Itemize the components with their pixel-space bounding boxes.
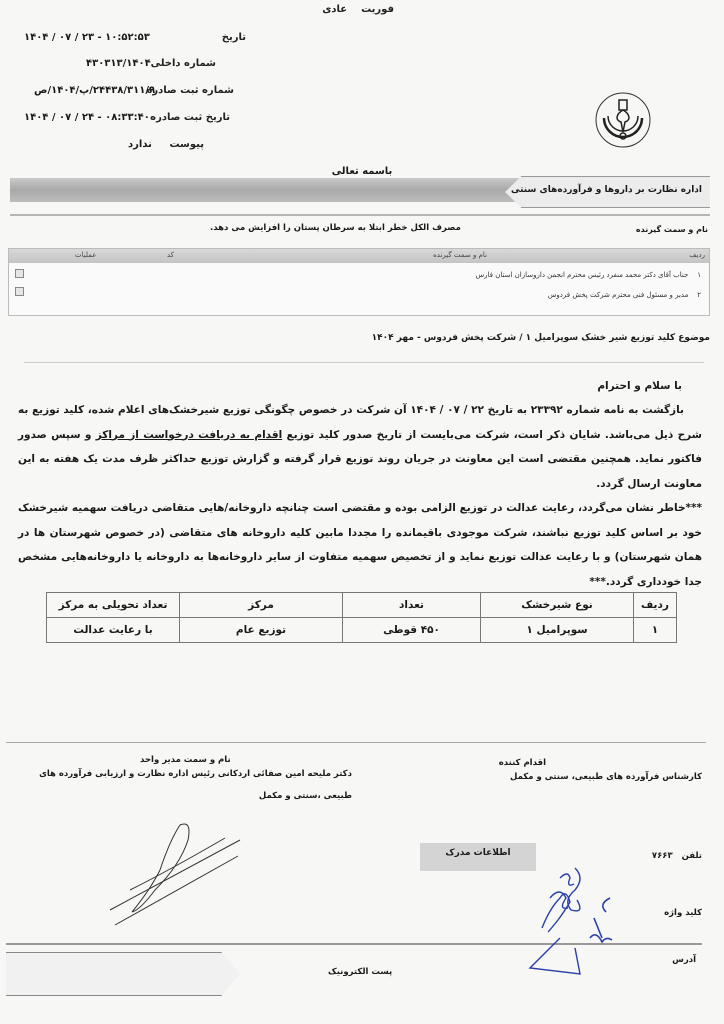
col-code: کد [167,251,174,259]
meta-label: شماره ثبت صادره [146,85,234,96]
department-banner: اداره نظارت بر داروها و فرآورده‌های سنتی [10,176,710,206]
col-ops: عملیات [75,251,96,259]
recipient-action-icon[interactable] [15,269,24,278]
meta-label: تاریخ ثبت صادره [150,112,230,123]
underlined-instruction: اقدام به دریافت درخواست از مراکز [96,429,283,441]
keyword-label: کلید واژه [664,908,702,918]
document-info-box: اطلاعات مدرک [420,843,536,871]
cell: ۴۵۰ قوطی [343,618,481,643]
email-label: پست الکترونیک [328,967,392,977]
divider [6,742,706,743]
recipient-row: ۲ مدیر و مسئول فنی محترم شرکت پخش فردوس [548,291,701,299]
recipient-name: مدیر و مسئول فنی محترم شرکت پخش فردوس [548,291,688,299]
meta-value-issued-date: ۱۴۰۴ / ۰۷ / ۲۴ - ۰۸:۳۳:۴۰ [24,112,150,123]
greeting: با سلام و احترام [597,380,682,392]
email-field-box [6,952,240,996]
distribution-table: ردیف نوع شیرخشک تعداد مرکز تعداد تحویلی … [46,592,677,643]
cell: توزیع عام [180,618,343,643]
meta-internal-number: شماره داخلی [151,58,216,69]
recipient-index: ۱ [697,271,701,279]
col-header: ردیف [634,593,677,618]
table-row: ۱ سوپرامیل ۱ ۴۵۰ قوطی توزیع عام با رعایت… [47,618,677,643]
recipients-table-header: ردیف نام و سمت گیرنده کد عملیات [9,249,709,263]
recipient-label: نام و سمت گیرنده [636,225,708,234]
university-logo [588,88,658,152]
meta-label: تاریخ [222,32,246,43]
meta-value-issued-number: ۲۴۴۳۸/۳۱۱/۹/پ/۱۴۰۴/ص [34,85,155,96]
recipient-action-icon[interactable] [15,287,24,296]
meta-attachment: پیوست [169,139,204,150]
cell: ۱ [634,618,677,643]
col-header: مرکز [180,593,343,618]
recipient-index: ۲ [697,291,701,299]
meta-value-internal-number: ۴۳۰۳۱۳/۱۴۰۴ [86,58,151,69]
actor-title: کارشناس فرآورده های طبیعی، سنتی و مکمل [510,766,702,788]
body-paragraph-2: ***خاطر نشان می‌گردد، رعایت عدالت در توز… [18,496,702,594]
meta-value-attachment: ندارد [128,139,152,150]
divider [24,362,704,363]
phone-label: تلفن [682,851,702,861]
meta-value: عادی [322,4,347,15]
cell: سوپرامیل ۱ [481,618,634,643]
body-paragraph-1: بازگشت به نامه شماره ۲۳۳۹۲ به تاریخ ۲۲ /… [18,398,702,496]
distribution-table-header: ردیف نوع شیرخشک تعداد مرکز تعداد تحویلی … [47,593,677,618]
col-header: تعداد تحویلی به مرکز [47,593,180,618]
address-label: آدرس [672,955,696,965]
recipient-name: جناب آقای دکتر محمد منفرد رئیس محترم انج… [476,271,689,279]
col-name: نام و سمت گیرنده [433,251,487,259]
meta-label: شماره داخلی [151,58,216,69]
department-title: اداره نظارت بر داروها و فرآورده‌های سنتی [511,185,702,195]
phone-value: ۷۶۶۳ [652,851,673,861]
col-header: تعداد [343,593,481,618]
col-header: نوع شیرخشک [481,593,634,618]
meta-issued-number: شماره ثبت صادره [146,85,234,96]
meta-priority: فوریت عادی [322,4,394,15]
meta-label: فوریت [361,4,394,15]
cell: با رعایت عدالت [47,618,180,643]
meta-issued-date: تاریخ ثبت صادره [150,112,230,123]
divider [10,214,710,216]
banner-bar [10,178,520,202]
manager-title: دکتر ملیحه امین صفائی اردکانی رئیس اداره… [30,763,352,807]
handwritten-note-icon: پخش داروسازی ۲۴/۱ [520,858,630,978]
col-row: ردیف [689,251,705,259]
meta-date-label-row: تاریخ [222,32,246,43]
recipients-table: ردیف نام و سمت گیرنده کد عملیات ۱ جناب آ… [8,248,710,316]
meta-value-date: ۱۴۰۴ / ۰۷ / ۲۳ - ۱۰:۵۲:۵۳ [24,32,150,43]
letter-subject: موضوع کلید توزیع شیر خشک سوپرامیل ۱ / شر… [372,333,710,343]
phone-field: تلفن ۷۶۶۳ [652,851,702,861]
health-warning-note: مصرف الکل خطر ابتلا به سرطان پستان را اف… [210,223,461,233]
meta-label: پیوست [169,139,204,150]
signature-icon [110,820,250,930]
recipient-row: ۱ جناب آقای دکتر محمد منفرد رئیس محترم ا… [476,271,701,279]
